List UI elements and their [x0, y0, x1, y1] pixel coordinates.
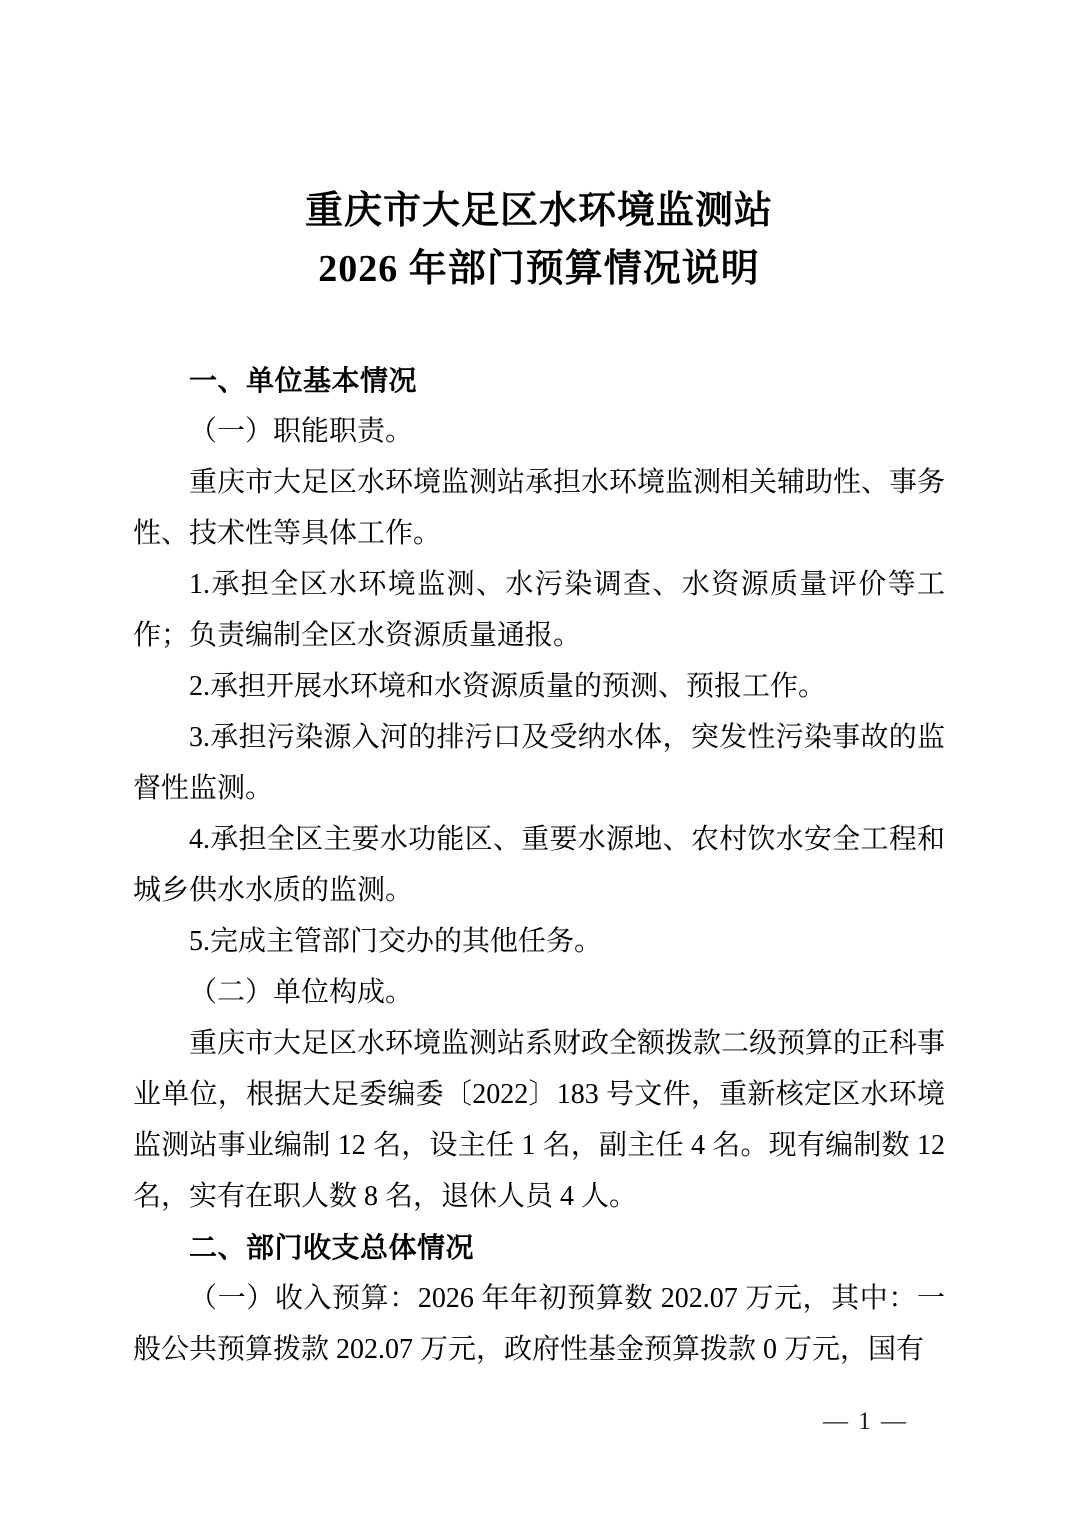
section-heading-2: 二、部门收支总体情况 [133, 1222, 945, 1273]
paragraph-unit-composition: 重庆市大足区水环境监测站系财政全额拨款二级预算的正科事业单位，根据大足委编委〔2… [133, 1018, 945, 1222]
paragraph-duty-4: 4.承担全区主要水功能区、重要水源地、农村饮水安全工程和城乡供水水质的监测。 [133, 814, 945, 916]
subsection-heading-1-1: （一）职能职责。 [133, 406, 945, 457]
document-page: 重庆市大足区水环境监测站 2026 年部门预算情况说明 一、单位基本情况 （一）… [0, 0, 1074, 1520]
section-heading-1: 一、单位基本情况 [133, 355, 945, 406]
page-number: — 1 — [823, 1408, 908, 1436]
document-title-line1: 重庆市大足区水环境监测站 [133, 182, 945, 240]
paragraph-duty-3: 3.承担污染源入河的排污口及受纳水体，突发性污染事故的监督性监测。 [133, 712, 945, 814]
paragraph-duty-1: 1.承担全区水环境监测、水污染调查、水资源质量评价等工作；负责编制全区水资源质量… [133, 559, 945, 661]
document-body: 一、单位基本情况 （一）职能职责。 重庆市大足区水环境监测站承担水环境监测相关辅… [133, 355, 945, 1375]
paragraph-duty-5: 5.完成主管部门交办的其他任务。 [133, 916, 945, 967]
paragraph-duty-2: 2.承担开展水环境和水资源质量的预测、预报工作。 [133, 661, 945, 712]
document-title-line2: 2026 年部门预算情况说明 [133, 240, 945, 298]
subsection-heading-1-2: （二）单位构成。 [133, 967, 945, 1018]
paragraph-income-budget: （一）收入预算：2026 年年初预算数 202.07 万元，其中：一般公共预算拨… [133, 1273, 945, 1375]
paragraph-duties-intro: 重庆市大足区水环境监测站承担水环境监测相关辅助性、事务性、技术性等具体工作。 [133, 457, 945, 559]
document-title: 重庆市大足区水环境监测站 2026 年部门预算情况说明 [133, 182, 945, 298]
